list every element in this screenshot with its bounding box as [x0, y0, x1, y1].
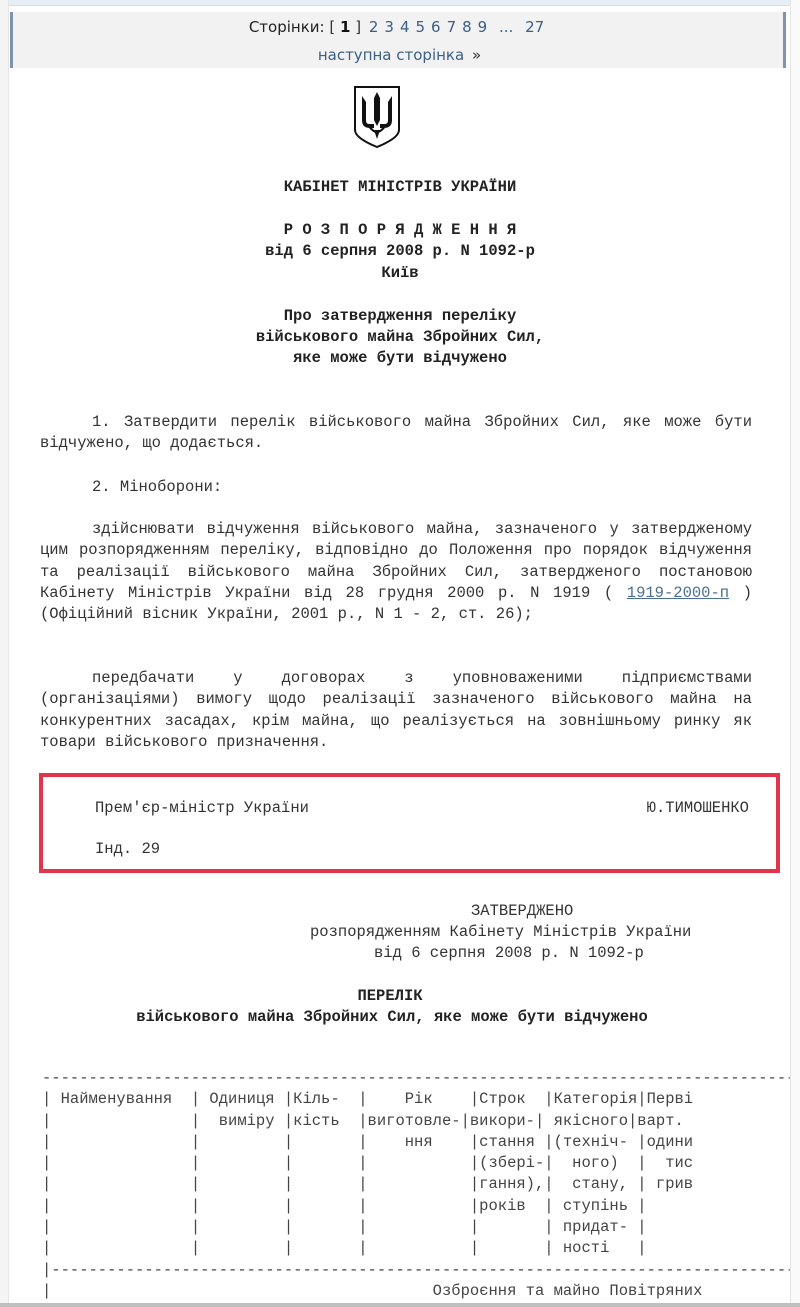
- page-link-5[interactable]: 5: [415, 18, 425, 36]
- pagination-label: Сторінки:: [249, 18, 325, 36]
- paragraph-4: передбачати у договорах з уповноваженими…: [40, 668, 752, 753]
- paragraph-3: здійснювати відчуження військового майна…: [40, 519, 752, 625]
- top-strip: [0, 0, 800, 6]
- pagination-ellipsis: ...: [499, 18, 513, 36]
- page-link-7[interactable]: 7: [447, 18, 457, 36]
- signatory-name: Ю.ТИМОШЕНКО: [647, 799, 749, 817]
- property-table: ----------------------------------------…: [42, 1068, 790, 1302]
- page-link-8[interactable]: 8: [462, 18, 472, 36]
- page-link-4[interactable]: 4: [400, 18, 410, 36]
- doc-title-line-3: яке може бути відчужено: [0, 349, 800, 367]
- approved-label: ЗАТВЕРДЖЕНО: [471, 902, 573, 920]
- bottom-border: [0, 1303, 800, 1307]
- pagination-pages: Сторінки: [ 1 ] 23456789 ... 27: [13, 18, 783, 36]
- next-page-link[interactable]: наступна сторінка: [318, 46, 464, 64]
- doc-title-line-2: військового майна Збройних Сил,: [0, 328, 800, 346]
- next-page-row: наступна сторінка »: [13, 46, 783, 64]
- approved-by: розпорядженням Кабінету Міністрів Україн…: [310, 923, 691, 941]
- signatory-position: Прем'єр-міністр України: [95, 799, 309, 817]
- list-subtitle: військового майна Збройних Сил, яке може…: [0, 1008, 792, 1026]
- doc-type: Р О З П О Р Я Д Ж Е Н Н Я: [0, 221, 800, 239]
- left-gutter: [0, 0, 9, 1307]
- list-title: ПЕРЕЛІК: [0, 987, 790, 1005]
- page-link-last[interactable]: 27: [525, 18, 544, 36]
- current-page: 1: [340, 18, 350, 36]
- issuer: КАБІНЕТ МІНІСТРІВ УКРАЇНИ: [0, 178, 800, 196]
- page-link-6[interactable]: 6: [431, 18, 441, 36]
- open-bracket: [: [329, 18, 335, 36]
- close-bracket: ]: [355, 18, 361, 36]
- doc-title-line-1: Про затвердження переліку: [0, 307, 800, 325]
- doc-city: Київ: [0, 264, 800, 282]
- page-link-3[interactable]: 3: [384, 18, 394, 36]
- trident-coat-of-arms-icon: [352, 84, 402, 150]
- paragraph-1: 1. Затвердити перелік військового майна …: [40, 412, 752, 455]
- decree-link[interactable]: 1919-2000-п: [627, 584, 729, 602]
- next-arrow-icon: »: [472, 46, 481, 64]
- right-gutter: [790, 0, 800, 1307]
- approved-date: від 6 серпня 2008 р. N 1092-р: [374, 944, 644, 962]
- signature-highlight-box: Прем'єр-міністр України Ю.ТИМОШЕНКО Інд.…: [39, 773, 780, 873]
- page-link-2[interactable]: 2: [369, 18, 379, 36]
- paragraph-2: 2. Міноборони:: [40, 477, 752, 498]
- index-number: Інд. 29: [95, 840, 160, 858]
- page-link-9[interactable]: 9: [478, 18, 488, 36]
- pagination: Сторінки: [ 1 ] 23456789 ... 27 наступна…: [10, 12, 786, 68]
- doc-date-number: від 6 серпня 2008 р. N 1092-р: [0, 242, 800, 260]
